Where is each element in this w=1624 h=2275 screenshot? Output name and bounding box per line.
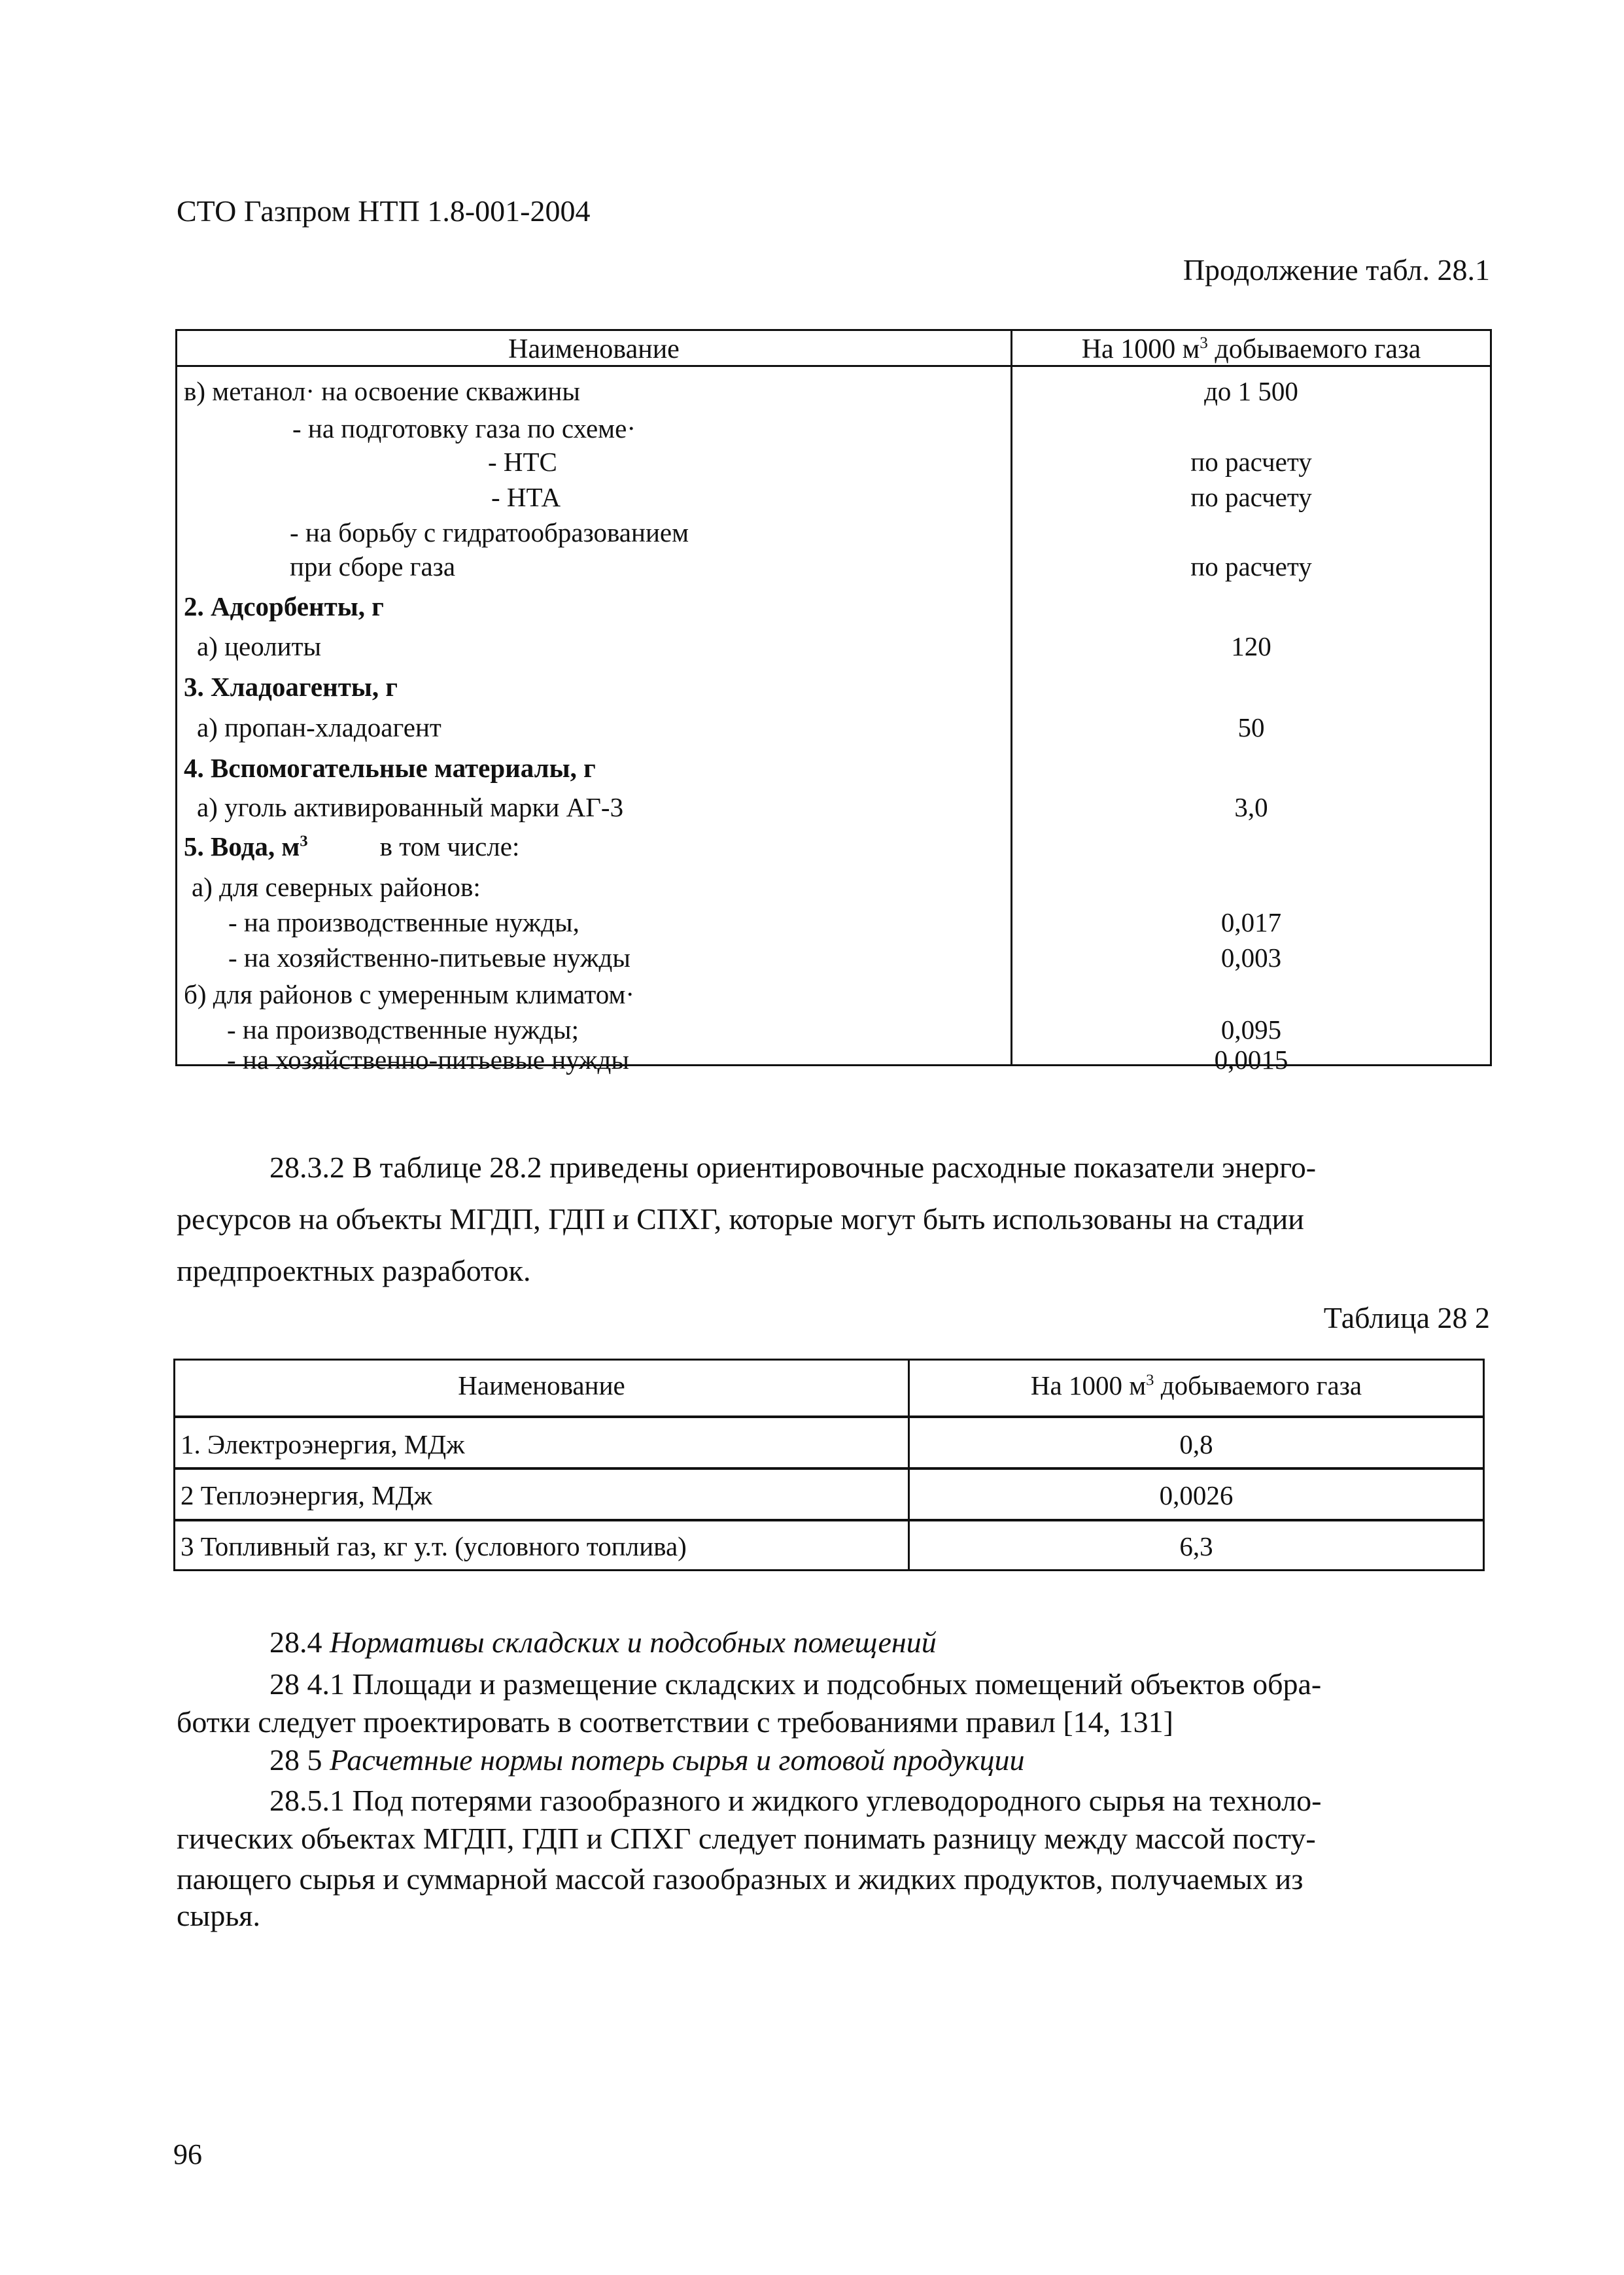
table-row: 3 Топливный газ, кг у.т. (условного топл…: [181, 1531, 687, 1562]
table-28-2: Наименование На 1000 м3 добываемого газа…: [173, 1359, 1485, 1571]
paragraph-line: 28.5.1 Под потерями газообразного и жидк…: [177, 1783, 1584, 1818]
table-cell-value: 50: [1012, 712, 1490, 743]
section-heading-28-5: 28 5 Расчетные нормы потерь сырья и гото…: [177, 1743, 1584, 1777]
table-row: при сборе газа: [290, 551, 455, 582]
column-header-name: Наименование: [177, 334, 1011, 365]
table-row-group: 4. Вспомогательные материалы, г: [184, 752, 596, 784]
table-row: - на производственные нужды,: [228, 907, 579, 938]
table-row: - НТА: [491, 481, 561, 513]
table-row: - НТС: [488, 446, 557, 478]
table-continuation-label: Продолжение табл. 28.1: [1183, 252, 1490, 287]
table-row-group: 3. Хладоагенты, г: [184, 671, 398, 703]
paragraph-line: предпроектных разработок.: [177, 1253, 1491, 1288]
table-row: - на борьбу с гидратообразованием: [290, 517, 689, 548]
table-row: б) для районов с умеренным климатом·: [184, 979, 634, 1010]
row-divider: [175, 1467, 1483, 1470]
paragraph-line: ботки следует проектировать в соответств…: [177, 1705, 1491, 1739]
table-row: - на хозяйственно-питьевые нужды: [227, 1047, 629, 1073]
table-row: - на хозяйственно-питьевые нужды: [228, 942, 631, 973]
table-row: а) пропан-хладоагент: [197, 712, 441, 743]
table-cell-value: 0,0026: [910, 1480, 1483, 1511]
table-row-group: 2. Адсорбенты, г: [184, 591, 384, 622]
paragraph-line: сырья.: [177, 1898, 1491, 1933]
table-row: - на производственные нужды;: [227, 1014, 579, 1045]
row-divider: [175, 1415, 1483, 1418]
table-cell-value: 0,003: [1012, 942, 1490, 973]
table-row-group: 5. Вода, м3в том числе:: [184, 831, 519, 862]
table-cell-value: 0,0015: [1012, 1044, 1490, 1075]
column-header-name: Наименование: [175, 1370, 908, 1401]
column-header-per-1000m3: На 1000 м3 добываемого газа: [910, 1370, 1483, 1401]
table-row: в) метанол· на освоение скважины: [184, 375, 580, 407]
paragraph-line: 28 4.1 Площади и размещение складских и …: [177, 1667, 1584, 1701]
table-28-1: Наименование На 1000 м3 добываемого газа…: [175, 329, 1492, 1066]
table-cell-value: 3,0: [1012, 791, 1490, 823]
table-cell-value: 6,3: [910, 1531, 1483, 1562]
table-row: а) для северных районов:: [192, 871, 481, 903]
paragraph-line: гических объектах МГДП, ГДП и СПХГ следу…: [177, 1821, 1491, 1856]
row-divider: [175, 1519, 1483, 1521]
document-code: СТО Газпром НТП 1.8-001-2004: [177, 194, 590, 228]
table-cell-value: до 1 500: [1012, 375, 1490, 407]
table-cell-value: по расчету: [1012, 551, 1490, 582]
table-cell-value: 0,095: [1012, 1014, 1490, 1045]
table-row: 2 Теплоэнергия, МДж: [181, 1480, 432, 1511]
page-number: 96: [173, 2138, 202, 2171]
section-heading-28-4: 28.4 Нормативы складских и подсобных пом…: [177, 1625, 1584, 1659]
table-cell-value: 0,8: [910, 1429, 1483, 1460]
column-header-per-1000m3: На 1000 м3 добываемого газа: [1012, 334, 1490, 365]
table-cell-value: по расчету: [1012, 481, 1490, 513]
table-cell-value: 0,017: [1012, 907, 1490, 938]
table-cell-value: по расчету: [1012, 446, 1490, 478]
paragraph-line: пающего сырья и суммарной массой газообр…: [177, 1862, 1491, 1896]
table-row: а) цеолиты: [197, 631, 321, 662]
table-title: Таблица 28 2: [1324, 1300, 1490, 1335]
table-row: 1. Электроэнергия, МДж: [181, 1429, 465, 1460]
header-divider: [177, 365, 1490, 367]
paragraph-line: 28.3.2 В таблице 28.2 приведены ориентир…: [177, 1150, 1584, 1185]
table-row: - на подготовку газа по схеме·: [292, 413, 636, 444]
table-row: а) уголь активированный марки АГ-3: [197, 791, 623, 823]
paragraph-line: ресурсов на объекты МГДП, ГДП и СПХГ, ко…: [177, 1202, 1491, 1236]
table-cell-value: 120: [1012, 631, 1490, 662]
